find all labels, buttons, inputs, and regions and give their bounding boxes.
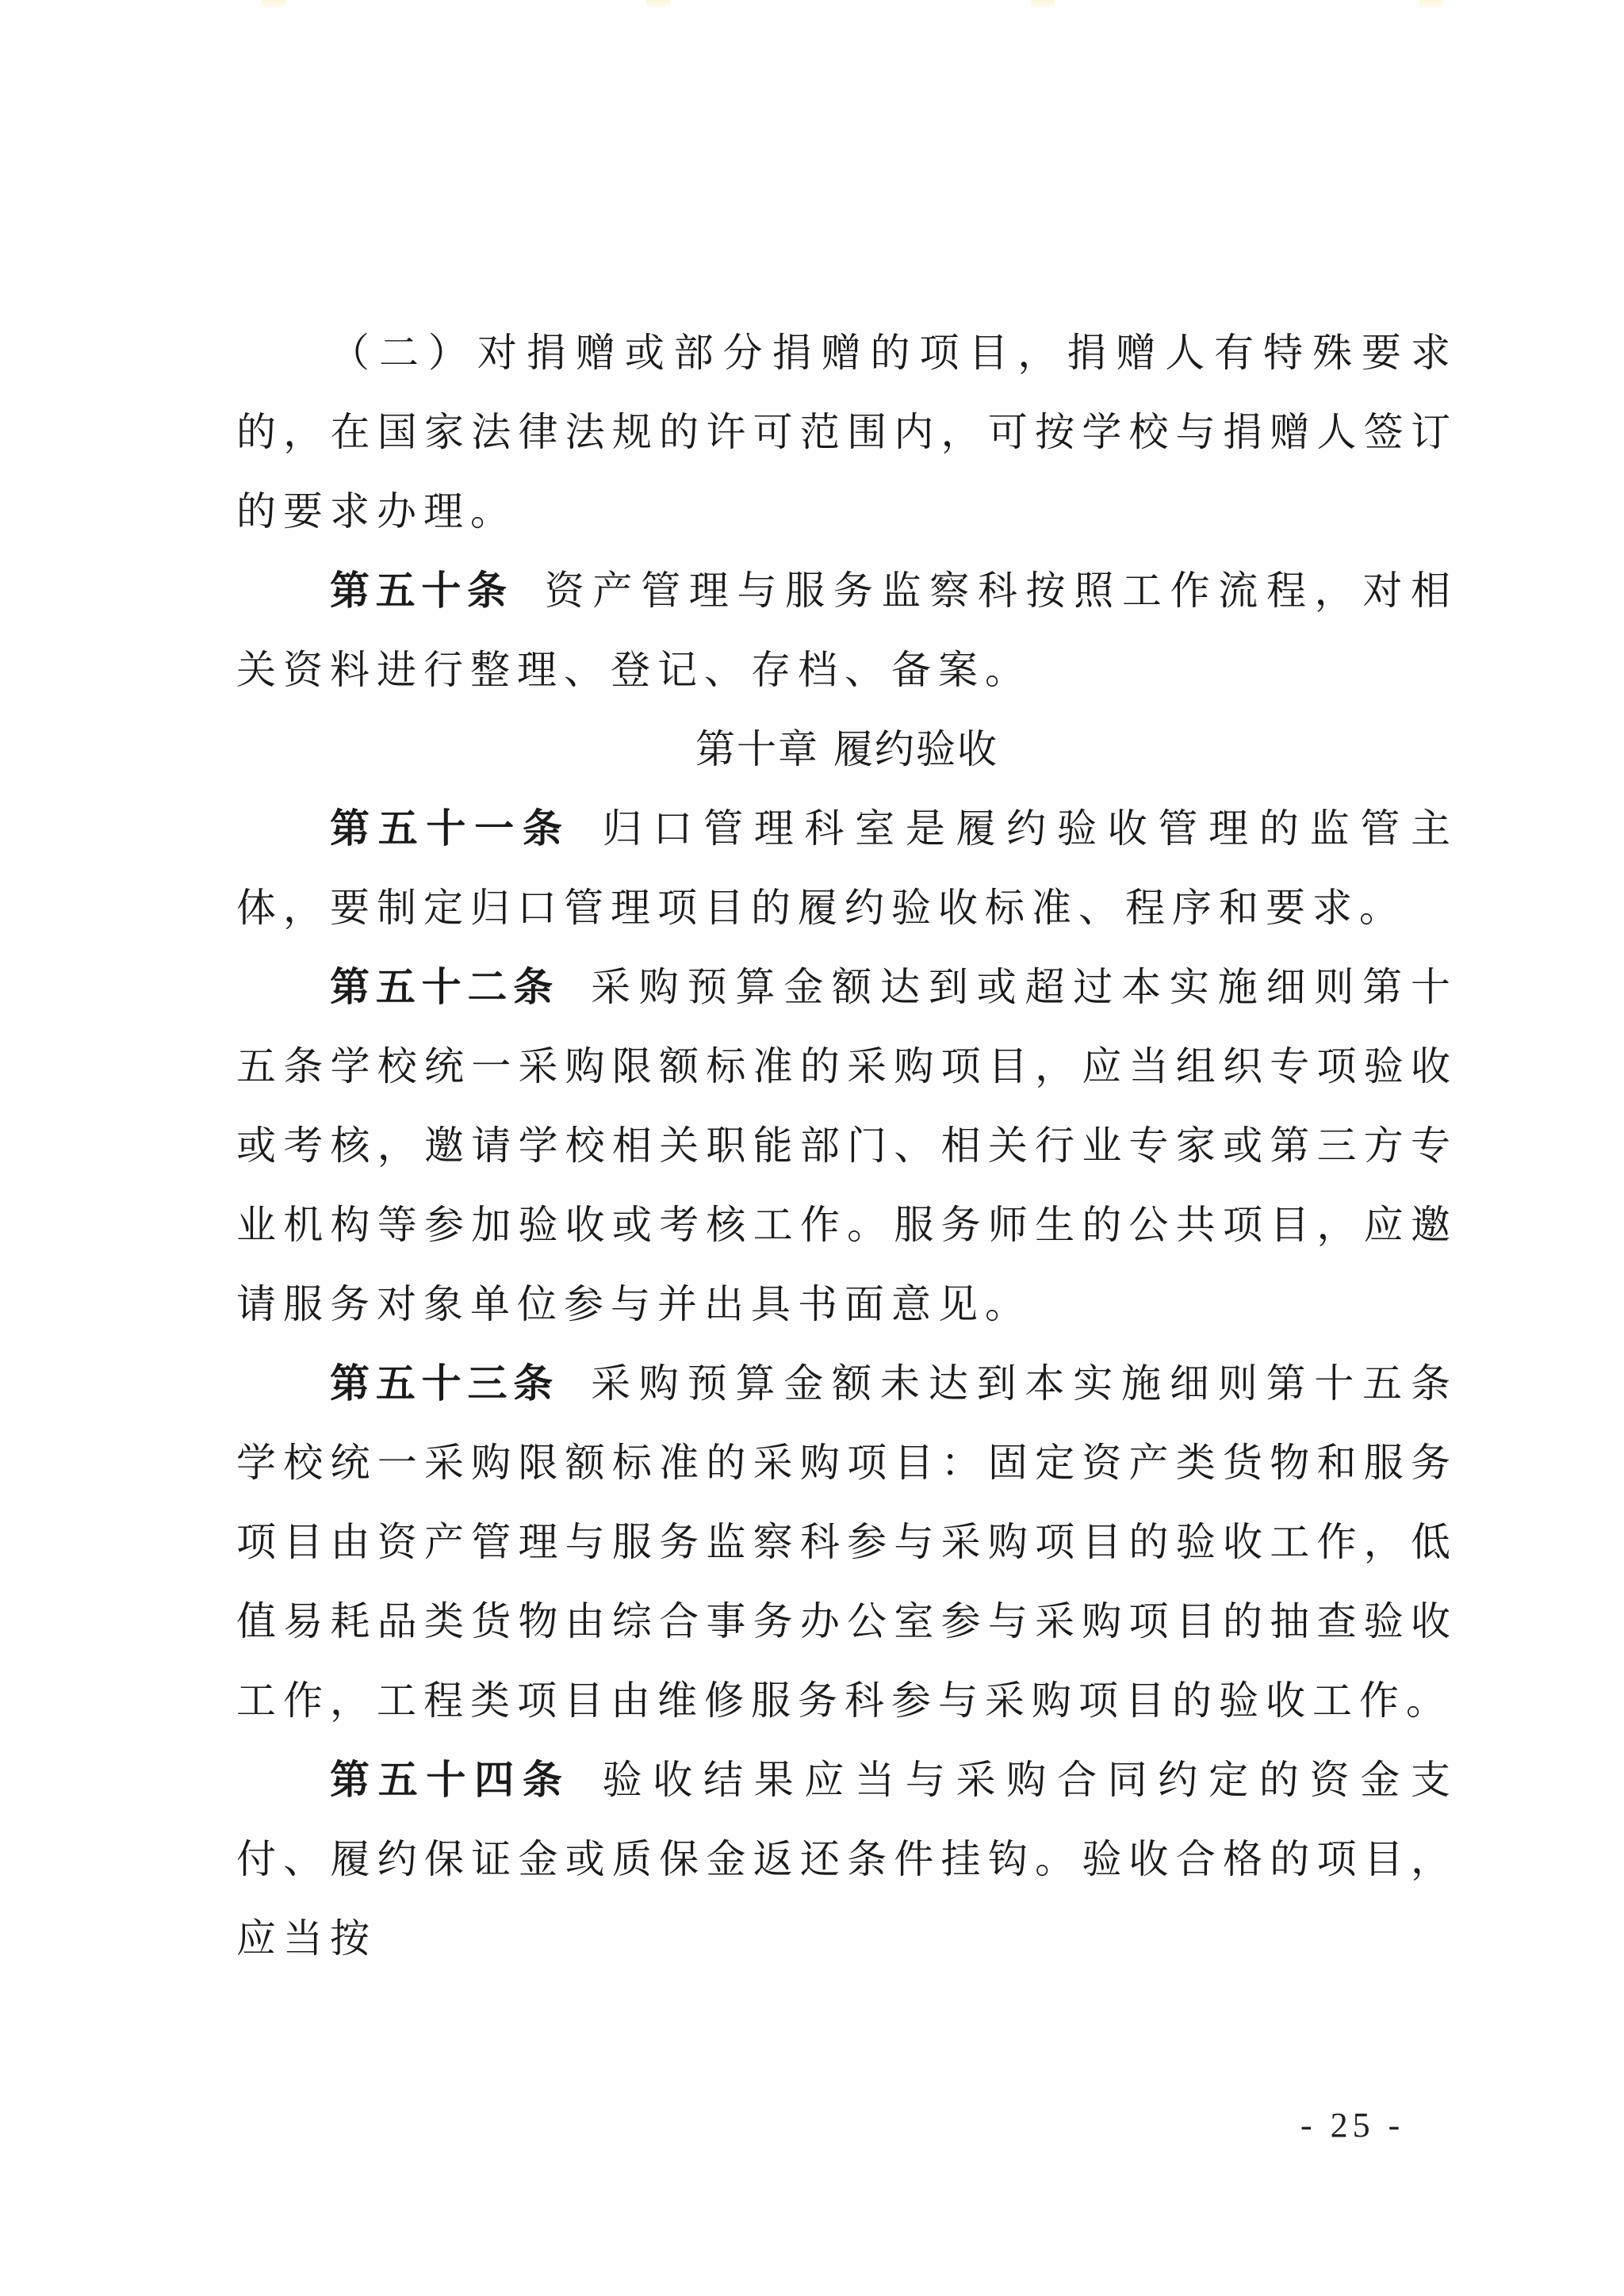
chapter-heading: 第十章履约验收	[236, 710, 1457, 789]
page-number: - 25 -	[1300, 2105, 1404, 2145]
article-number: 第五十条	[330, 568, 513, 614]
article-number: 第五十四条	[330, 1757, 571, 1803]
article-53: 第五十三条采购预算金额未达到本实施细则第十五条学校统一采购限额标准的采购项目：固…	[236, 1344, 1457, 1740]
article-52: 第五十二条采购预算金额达到或超过本实施细则第十五条学校统一采购限额标准的采购项目…	[236, 947, 1457, 1344]
article-number: 第五十一条	[330, 806, 571, 851]
article-50: 第五十条资产管理与服务监察科按照工作流程，对相关资料进行整理、登记、存档、备案。	[236, 551, 1457, 710]
chapter-number: 第十章	[695, 726, 819, 772]
article-text: 采购预算金额未达到本实施细则第十五条学校统一采购限额标准的采购项目：固定资产类货…	[236, 1360, 1457, 1724]
clause-paragraph: （二）对捐赠或部分捐赠的项目，捐赠人有特殊要求的，在国家法律法规的许可范围内，可…	[236, 313, 1457, 551]
chapter-title: 履约验收	[833, 726, 998, 772]
article-51: 第五十一条归口管理科室是履约验收管理的监管主体，要制定归口管理项目的履约验收标准…	[236, 789, 1457, 947]
scan-mark	[262, 0, 285, 10]
scan-artifacts	[0, 0, 1624, 11]
article-number: 第五十三条	[330, 1360, 559, 1406]
article-54: 第五十四条验收结果应当与采购合同约定的资金支付、履约保证金或质保金返还条件挂钩。…	[236, 1740, 1457, 1978]
article-number: 第五十二条	[330, 964, 559, 1010]
scan-mark	[646, 0, 670, 10]
article-text: 采购预算金额达到或超过本实施细则第十五条学校统一采购限额标准的采购项目，应当组织…	[236, 964, 1457, 1327]
document-page: （二）对捐赠或部分捐赠的项目，捐赠人有特殊要求的，在国家法律法规的许可范围内，可…	[236, 313, 1457, 1978]
scan-mark	[1031, 0, 1055, 10]
scan-mark	[1419, 0, 1443, 10]
